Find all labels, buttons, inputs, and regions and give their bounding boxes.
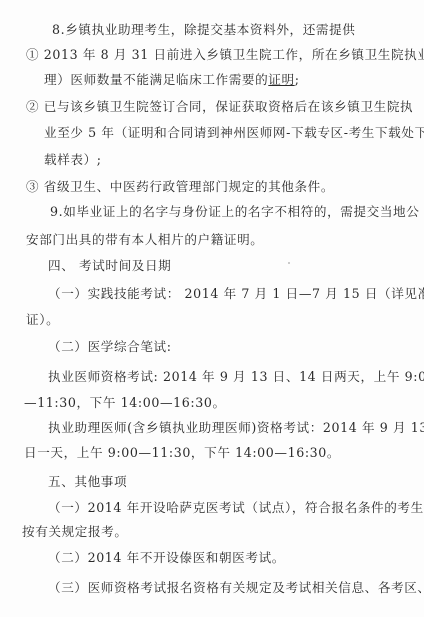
requirement-3: ③ 省级卫生、中医药行政管理部门规定的其他条件。 <box>26 179 334 195</box>
assistant-exam-schedule: 执业助理医师(含乡镇执业助理医师)资格考试：2014 年 9 月 13 <box>48 420 424 436</box>
requirement-1-tail: ; <box>295 72 300 87</box>
practical-skills-exam-continued: 证）。 <box>26 312 59 328</box>
requirement-2-end: 载样表）; <box>44 152 102 168</box>
kazakh-medicine-exam: （一）2014 年开设哈萨克医考试（试点），符合报名条件的考生 <box>48 500 424 516</box>
practical-skills-exam: （一）实践技能考试： 2014 年 7 月 1 日—7 月 15 日（详见准考 <box>48 286 424 302</box>
requirement-1: ① 2013 年 8 月 31 日前进入乡镇卫生院工作，所在乡镇卫生院执业(助 <box>26 47 424 63</box>
registration-info-note: （三）医师资格考试报名资格有关规定及考试相关信息、各考区、 <box>48 580 424 596</box>
item-9-continued: 安部门出具的带有本人相片的户籍证明。 <box>26 232 264 248</box>
requirement-1-text: 理）医师数量不能满足临床工作需要的 <box>44 72 268 87</box>
kazakh-medicine-exam-continued: 按有关规定报考。 <box>22 524 128 540</box>
document-page: 8.乡镇执业助理考生，除提交基本资料外，还需提供 ① 2013 年 8 月 31… <box>0 0 424 617</box>
section-5-heading: 五、其他事项 <box>48 474 127 490</box>
item-9-name-mismatch: 9.如毕业证上的名字与身份证上的名字不相符的，需提交当地公 <box>50 204 419 220</box>
item-8-rural-assistant-requirements: 8.乡镇执业助理考生，除提交基本资料外，还需提供 <box>52 22 355 38</box>
scan-speck <box>288 262 290 264</box>
physician-exam-schedule: 执业医师资格考试: 2014 年 9 月 13 日、14 日两天，上午 9:00 <box>48 369 424 385</box>
assistant-exam-schedule-continued: 日一天，上午 9:00—11:30，下午 14:00—16:30。 <box>24 445 340 461</box>
requirement-1-continued: 理）医师数量不能满足临床工作需要的证明; <box>44 72 300 88</box>
proof-link[interactable]: 证明 <box>268 72 294 87</box>
requirement-2-continued: 业至少 5 年（证明和合同请到神州医师网-下载专区-考生下载处下 <box>44 125 424 141</box>
requirement-2: ② 已与该乡镇卫生院签订合同，保证获取资格后在该乡镇卫生院执 <box>26 99 413 115</box>
dai-korean-medicine-note: （二）2014 年不开设傣医和朝医考试。 <box>48 550 285 566</box>
section-4-heading: 四、 考试时间及日期 <box>48 258 171 274</box>
physician-exam-schedule-continued: —11:30，下午 14:00—16:30。 <box>24 395 226 411</box>
written-exam-heading: （二）医学综合笔试: <box>48 339 172 355</box>
